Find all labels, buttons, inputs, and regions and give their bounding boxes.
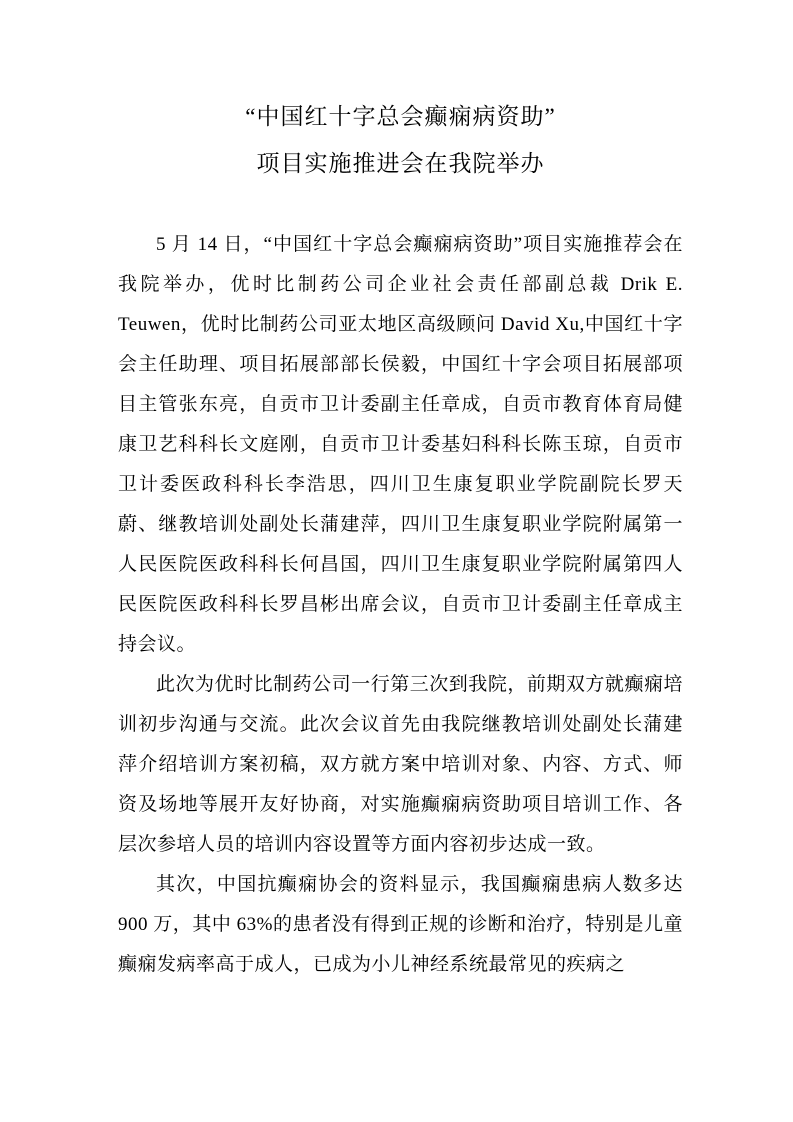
document-title-line-1: “中国红十字总会癫痫病资助” <box>118 93 683 140</box>
document-title: “中国红十字总会癫痫病资助” 项目实施推进会在我院举办 <box>118 93 683 187</box>
document-title-line-2: 项目实施推进会在我院举办 <box>118 140 683 187</box>
paragraph-meeting-discussion: 此次为优时比制药公司一行第三次到我院，前期双方就癫痫培训初步沟通与交流。此次会议… <box>118 665 683 865</box>
document-body: 5 月 14 日，“中国红十字总会癫痫病资助”项目实施推荐会在我院举办，优时比制… <box>118 225 683 985</box>
paragraph-epilepsy-statistics: 其次，中国抗癫痫协会的资料显示，我国癫痫患病人数多达 900 万，其中 63%的… <box>118 865 683 985</box>
paragraph-attendees: 5 月 14 日，“中国红十字总会癫痫病资助”项目实施推荐会在我院举办，优时比制… <box>118 225 683 665</box>
document-page: “中国红十字总会癫痫病资助” 项目实施推进会在我院举办 5 月 14 日，“中国… <box>0 0 793 1122</box>
